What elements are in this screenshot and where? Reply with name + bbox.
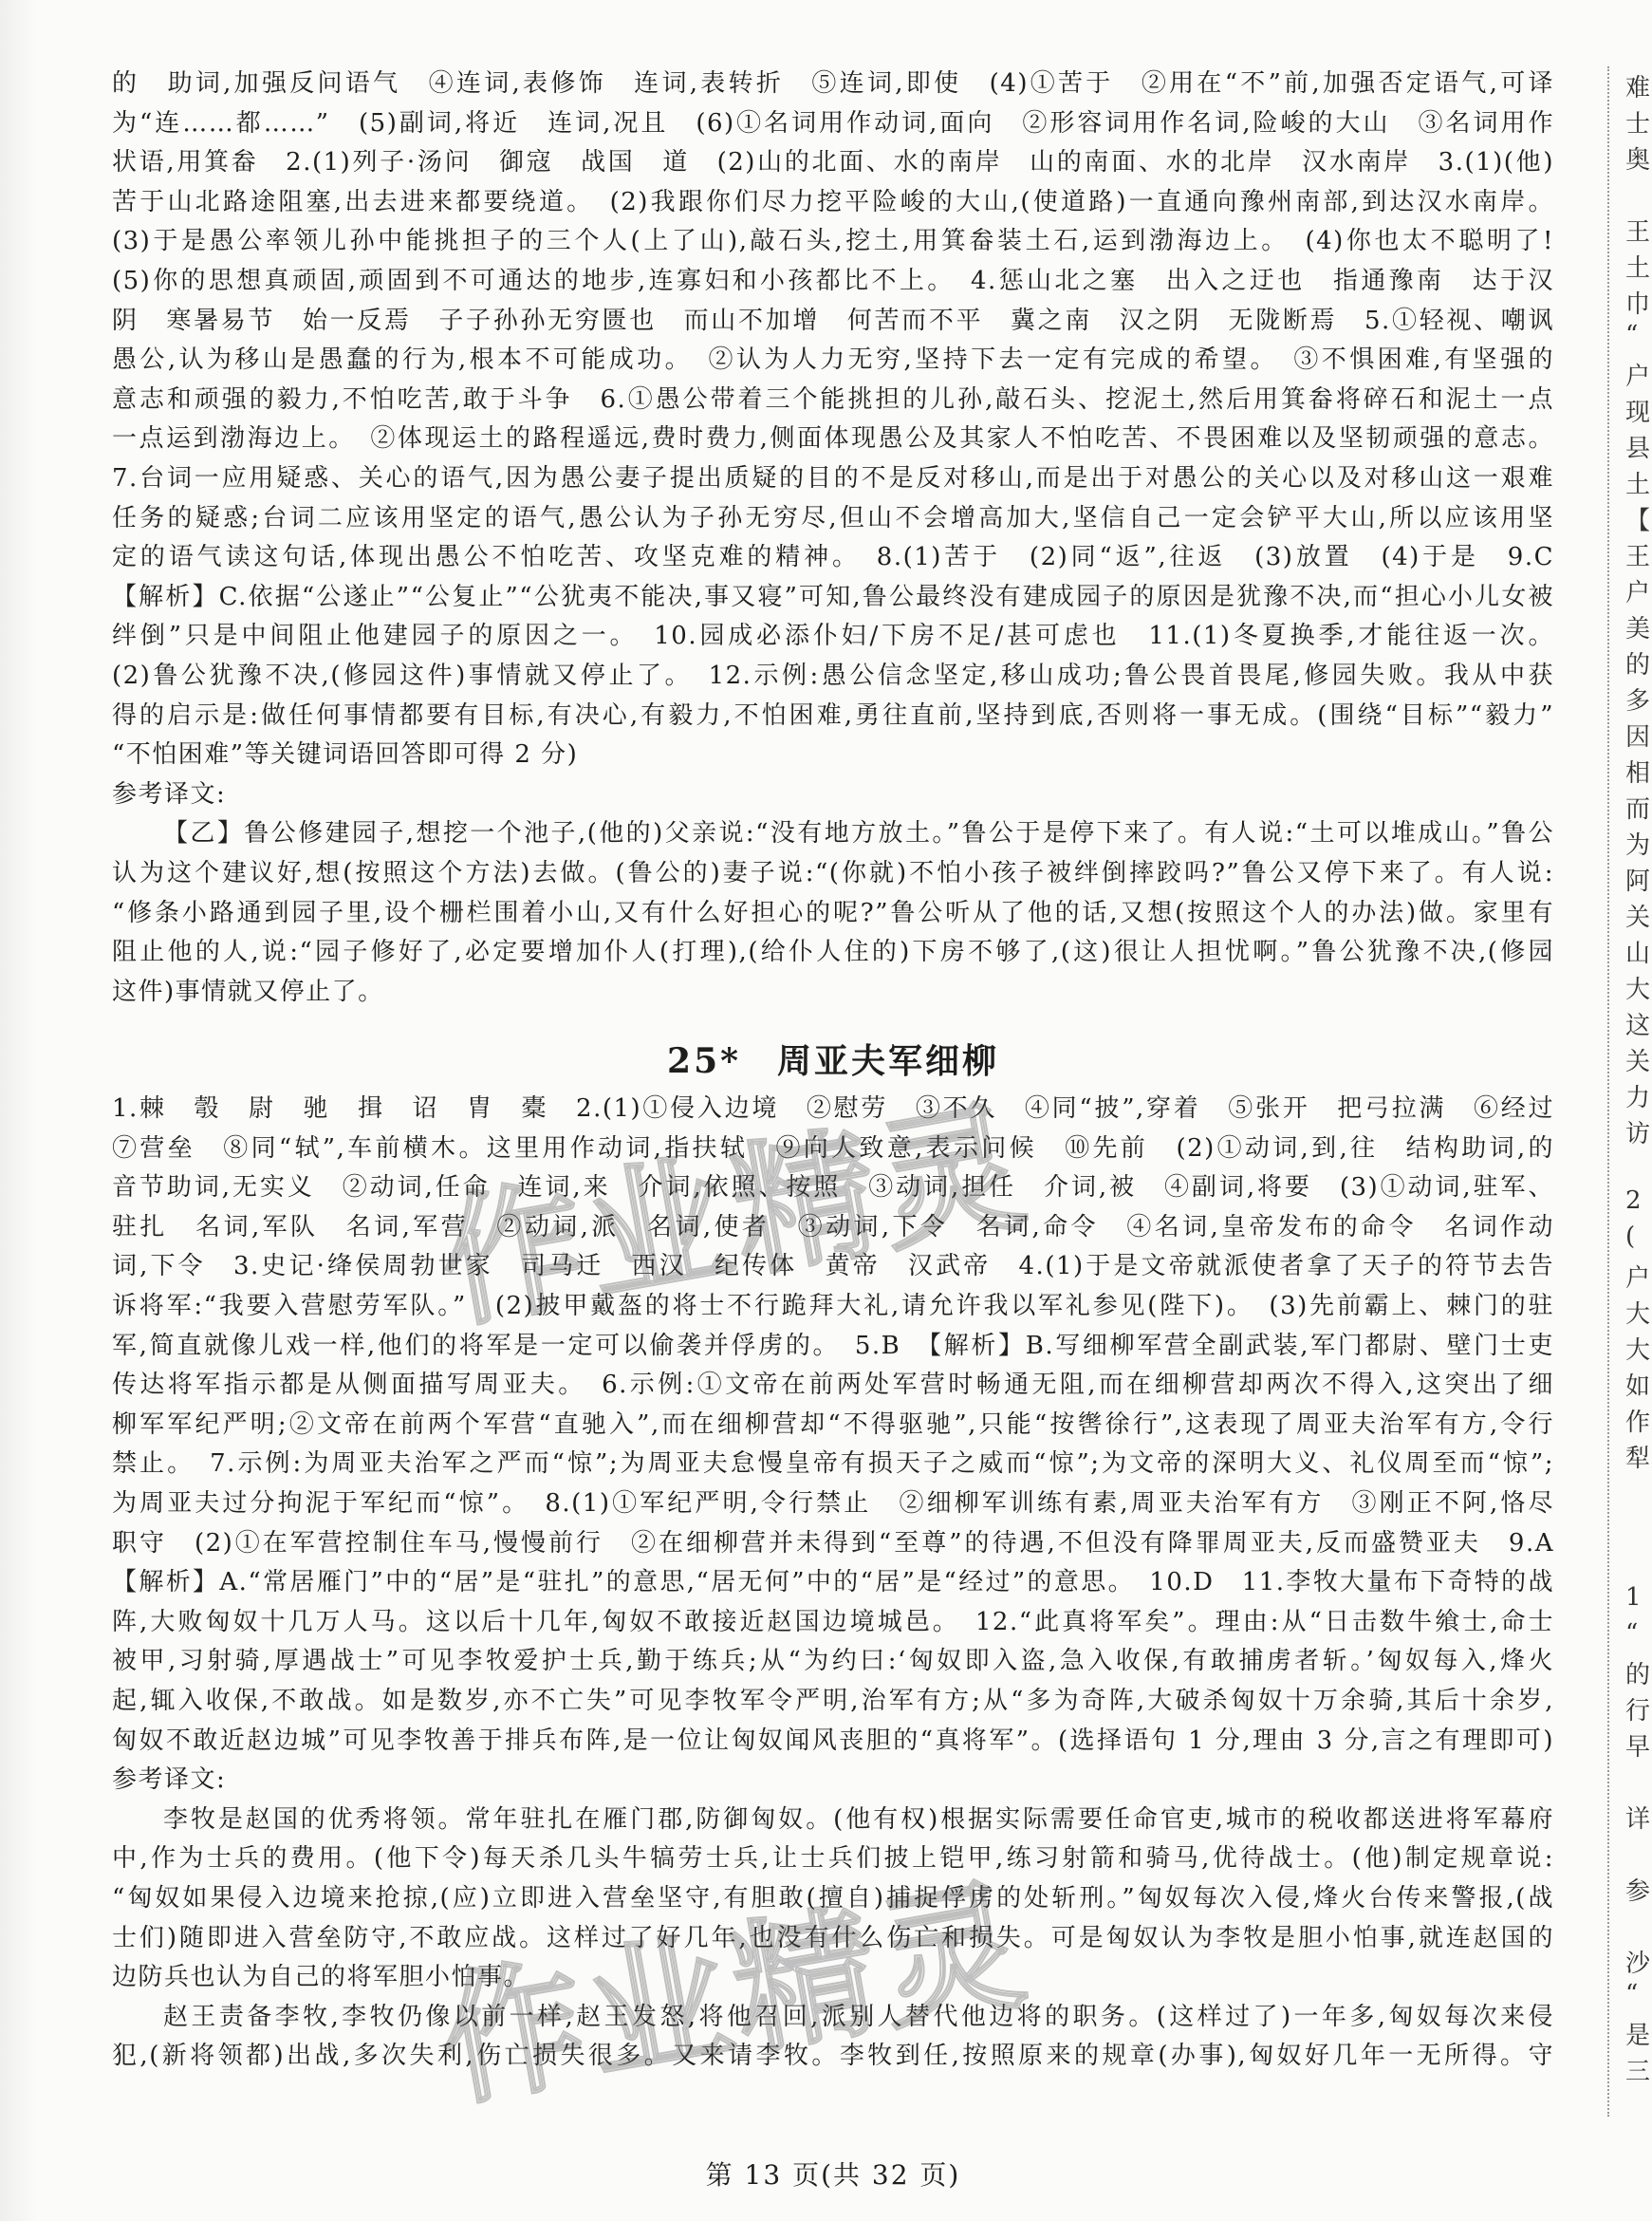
scan-shadow [0, 0, 38, 2221]
edge-glyph: ( [1625, 1222, 1635, 1251]
edge-glyph: 多 [1625, 681, 1650, 717]
edge-glyph: 王 [1625, 213, 1650, 248]
edge-glyph: 1 [1625, 1583, 1642, 1612]
edge-glyph: 关 [1625, 1042, 1650, 1077]
edge-glyph: 力 [1625, 1078, 1650, 1113]
edge-glyph: “ [1625, 1980, 1638, 2008]
edge-glyph: 这 [1625, 1006, 1650, 1041]
text-line: 愚公,认为移山是愚蠢的行为,根本不可能成功。 ②认为人力无穷,坚持下去一定有完成… [112, 339, 1554, 381]
text-line: 【解析】C.依据“公遂止”“公复止”“公犹夷不能决,事又寝”可知,鲁公最终没有建… [112, 576, 1554, 618]
text-line: “匈奴如果侵入边境来抢掠,(应)立即进入营垒坚守,有胆敢(擅自)捕捉俘虏的处斩刑… [112, 1877, 1554, 1919]
text-line: 匈奴不敢近赵边城”可见李牧善于排兵布阵,是一位让匈奴闻风丧胆的“真将军”。(选择… [112, 1720, 1554, 1762]
text-line: 7.台词一应用疑惑、关心的语气,因为愚公妻子提出质疑的目的不是反对移山,而是出于… [112, 457, 1554, 499]
text-line: (3)于是愚公率领儿孙中能挑担子的三个人(上了山),敲石头,挖土,用箕畚装土石,… [112, 220, 1554, 262]
text-line: ⑦营垒 ⑧同“轼”,车前横木。这里用作动词,指扶轼 ⑨向人致意,表示问候 ⑩先前… [112, 1128, 1554, 1169]
edge-glyph: 为 [1625, 826, 1650, 861]
edge-glyph: 阿 [1625, 862, 1650, 897]
text-line: 边防兵也认为自己的将军胆小怕事。 [112, 1956, 1554, 1998]
edge-glyph: 土 [1625, 249, 1650, 284]
edge-glyph: 如 [1625, 1367, 1650, 1402]
text-line: 参考译文: [112, 774, 1554, 815]
edge-glyph: 关 [1625, 898, 1650, 933]
text-line: 苦于山北路途阻塞,出去进来都要绕道。 (2)我跟你们尽力挖平险峻的大山,(使道路… [112, 181, 1554, 223]
edge-glyph: 犁 [1625, 1439, 1650, 1474]
text-line: 参考译文: [112, 1759, 1554, 1801]
text-line: 音节助词,无实义 ②动词,任命 连词,来 介词,依照、按照 ③动词,担任 介词,… [112, 1166, 1554, 1208]
text-line: 驻扎 名词,军队 名词,军营 ②动词,派 名词,使者 ③动词,下令 名词,命令 … [112, 1206, 1554, 1248]
text-line: 一点运到渤海边上。 ②体现运土的路程遥远,费时费力,侧面体现愚公及其家人不怕吃苦… [112, 418, 1554, 459]
text-line: 为周亚夫过分拘泥于军纪而“惊”。 8.(1)①军纪严明,令行禁止 ②细柳军训练有… [112, 1483, 1554, 1524]
edge-glyph: 早 [1625, 1727, 1650, 1763]
text-line: 【解析】A.“常居雁门”中的“居”是“驻扎”的意思,“居无何”中的“居”是“经过… [112, 1561, 1554, 1603]
text-line: 阻止他的人,说:“园子修好了,必定要增加仆人(打理),(给仆人住的)下房不够了,… [112, 931, 1554, 973]
text-line: 禁止。 7.示例:为周亚夫治军之严而“惊”;为周亚夫怠慢皇帝有损天子之威而“惊”… [112, 1443, 1554, 1484]
text-line: 赵王责备李牧,李牧仍像以前一样,赵王发怒,将他召回,派别人替代他边将的职务。(这… [112, 1996, 1554, 2038]
text-line: 军,简直就像儿戏一样,他们的将军是一定可以偷袭并俘虏的。 5.B 【解析】B.写… [112, 1325, 1554, 1367]
edge-glyph: 【 [1625, 501, 1650, 536]
edge-glyph: “ [1625, 321, 1638, 349]
text-line: 绊倒”只是中间阻止他建园子的原因之一。 10.园成必添仆妇/下房不足/甚可虑也 … [112, 615, 1554, 657]
text-line: 认为这个建议好,想(按照这个方法)去做。(鲁公的)妻子说:“(你就)不怕小孩子被… [112, 852, 1554, 894]
edge-glyph: 巾 [1625, 285, 1650, 320]
edge-glyph: 户 [1625, 1259, 1650, 1294]
edge-glyph: 难 [1625, 68, 1650, 103]
text-line: 职守 (2)①在军营控制住车马,慢慢前行 ②在细柳营并未得到“至尊”的待遇,不但… [112, 1522, 1554, 1564]
section-title-text: 周亚夫军细柳 [777, 1041, 999, 1081]
edge-glyph: 而 [1625, 790, 1650, 825]
text-line: 阴 寒暑易节 始一反焉 子子孙孙无穷匮也 而山不加增 何苦而不平 冀之南 汉之阴… [112, 300, 1554, 342]
text-line: 定的语气读这句话,体现出愚公不怕吃苦、攻坚克难的精神。 8.(1)苦于 (2)同… [112, 536, 1554, 578]
edge-glyph: 的 [1625, 1655, 1650, 1690]
page-footer: 第 13 页(共 32 页) [112, 2155, 1554, 2193]
text-line: (5)你的思想真顽固,顽固到不可通达的地步,连寡妇和小孩都比不上。 4.惩山北之… [112, 260, 1554, 302]
text-line: 的 助词,加强反问语气 ④连词,表修饰 连词,表转折 ⑤连词,即使 (4)①苦于… [112, 63, 1554, 104]
text-line: 为“连……都……” (5)副词,将近 连词,况且 (6)①名词用作动词,面向 ②… [112, 103, 1554, 144]
edge-glyph: 参 [1625, 1872, 1650, 1907]
edge-glyph: 2 [1625, 1186, 1642, 1215]
edge-glyph: 土 [1625, 465, 1650, 500]
edge-glyph: 县 [1625, 429, 1650, 464]
document-page: 的 助词,加强反问语气 ④连词,表修饰 连词,表转折 ⑤连词,即使 (4)①苦于… [0, 0, 1652, 2221]
text-line: 士们)随即进入营垒防守,不敢应战。这样过了好几年,也没有什么伤亡和损失。可是匈奴… [112, 1917, 1554, 1959]
edge-glyph: 山 [1625, 934, 1650, 969]
page-fold-divider [1607, 66, 1609, 2117]
text-line: (2)鲁公犹豫不决,(修园这件)事情就又停止了。 12.示例:愚公信念坚定,移山… [112, 655, 1554, 697]
text-line: “修条小路通到园子里,设个栅栏围着小山,又有什么好担心的呢?”鲁公听从了他的话,… [112, 892, 1554, 934]
text-line: 柳军军纪严明;②文帝在前两个军营“直驰入”,而在细柳营却“不得驱驰”,只能“按辔… [112, 1404, 1554, 1446]
edge-glyph: 三 [1625, 2052, 1650, 2087]
edge-glyph: 访 [1625, 1114, 1650, 1149]
edge-glyph: 户 [1625, 573, 1650, 608]
edge-glyph: 行 [1625, 1691, 1650, 1726]
text-line: 犯,(新将领都)出战,多次失利,伤亡损失很多。又来请李牧。李牧到任,按照原来的规… [112, 2035, 1554, 2077]
edge-glyph: 相 [1625, 754, 1650, 789]
edge-glyph: 奥 [1625, 140, 1650, 176]
edge-glyph: 的 [1625, 645, 1650, 681]
edge-glyph: 现 [1625, 393, 1650, 428]
edge-glyph: 因 [1625, 718, 1650, 753]
adjacent-page-edge: 难士奥王土巾“户现县土【王户美的多因相而为阿关山大这关力访2(户大大如作犁1“的… [1618, 66, 1652, 2117]
text-line: 任务的疑惑;台词二应该用坚定的语气,愚公认为子孙无穷尽,但山不会增高加大,坚信自… [112, 497, 1554, 539]
edge-glyph: 大 [1625, 970, 1650, 1005]
text-line: 1.棘 彀 尉 驰 揖 诏 胄 橐 2.(1)①侵入边境 ②慰劳 ③不久 ④同“… [112, 1088, 1554, 1129]
text-line: 起,辄入收保,不敢战。如是数岁,亦不亡失”可见李牧军令严明,治军有方;从“多为奇… [112, 1680, 1554, 1722]
edge-glyph: 作 [1625, 1403, 1650, 1438]
text-line: 词,下令 3.史记·绛侯周勃世家 司马迁 西汉 纪传体 黄帝 汉武帝 4.(1)… [112, 1245, 1554, 1287]
text-line: 传达将军指示都是从侧面描写周亚夫。 6.示例:①文帝在前两处军营时畅通无阻,而在… [112, 1364, 1554, 1406]
section-title: 25*周亚夫军细柳 [112, 1035, 1554, 1088]
edge-glyph: 沙 [1625, 1944, 1650, 1979]
text-line: 李牧是赵国的优秀将领。常年驻扎在雁门郡,防御匈奴。(他有权)根据实际需要任命官吏… [112, 1799, 1554, 1840]
edge-glyph: 详 [1625, 1800, 1650, 1835]
text-line: “不怕困难”等关键词语回答即可得 2 分) [112, 734, 1554, 775]
edge-glyph: “ [1625, 1619, 1638, 1648]
edge-glyph: 大 [1625, 1295, 1650, 1330]
text-line: 状语,用箕畚 2.(1)列子·汤问 御寇 战国 道 (2)山的北面、水的南岸 山… [112, 141, 1554, 183]
edge-glyph: 大 [1625, 1331, 1650, 1366]
text-line: 这件)事情就又停止了。 [112, 971, 1554, 1013]
edge-glyph: 户 [1625, 357, 1650, 392]
text-line: 诉将军:“我要入营慰劳军队。” (2)披甲戴盔的将士不行跪拜大礼,请允许我以军礼… [112, 1285, 1554, 1327]
text-line: 【乙】鲁公修建园子,想挖一个池子,(他的)父亲说:“没有地方放土。”鲁公于是停下… [112, 812, 1554, 854]
section-number: 25* [667, 1041, 741, 1081]
text-line: 中,作为士兵的费用。(他下令)每天杀几头牛犒劳士兵,让士兵们披上铠甲,练习射箭和… [112, 1838, 1554, 1879]
edge-glyph: 美 [1625, 609, 1650, 644]
text-line: 被甲,习射骑,厚遇战士”可见李牧爱护士兵,勤于练兵;从“为约曰:‘匈奴即入盗,急… [112, 1640, 1554, 1682]
edge-glyph: 士 [1625, 104, 1650, 140]
edge-glyph: 王 [1625, 537, 1650, 572]
text-line: 阵,大败匈奴十几万人马。这以后十几年,匈奴不敢接近赵国边境城邑。 12.“此真将… [112, 1601, 1554, 1643]
edge-glyph: 是 [1625, 2016, 1650, 2051]
text-line: 得的启示是:做任何事情都要有目标,有决心,有毅力,不怕困难,勇往直前,坚持到底,… [112, 695, 1554, 737]
text-line: 意志和顽强的毅力,不怕吃苦,敢于斗争 6.①愚公带着三个能挑担的儿孙,敲石头、挖… [112, 379, 1554, 420]
